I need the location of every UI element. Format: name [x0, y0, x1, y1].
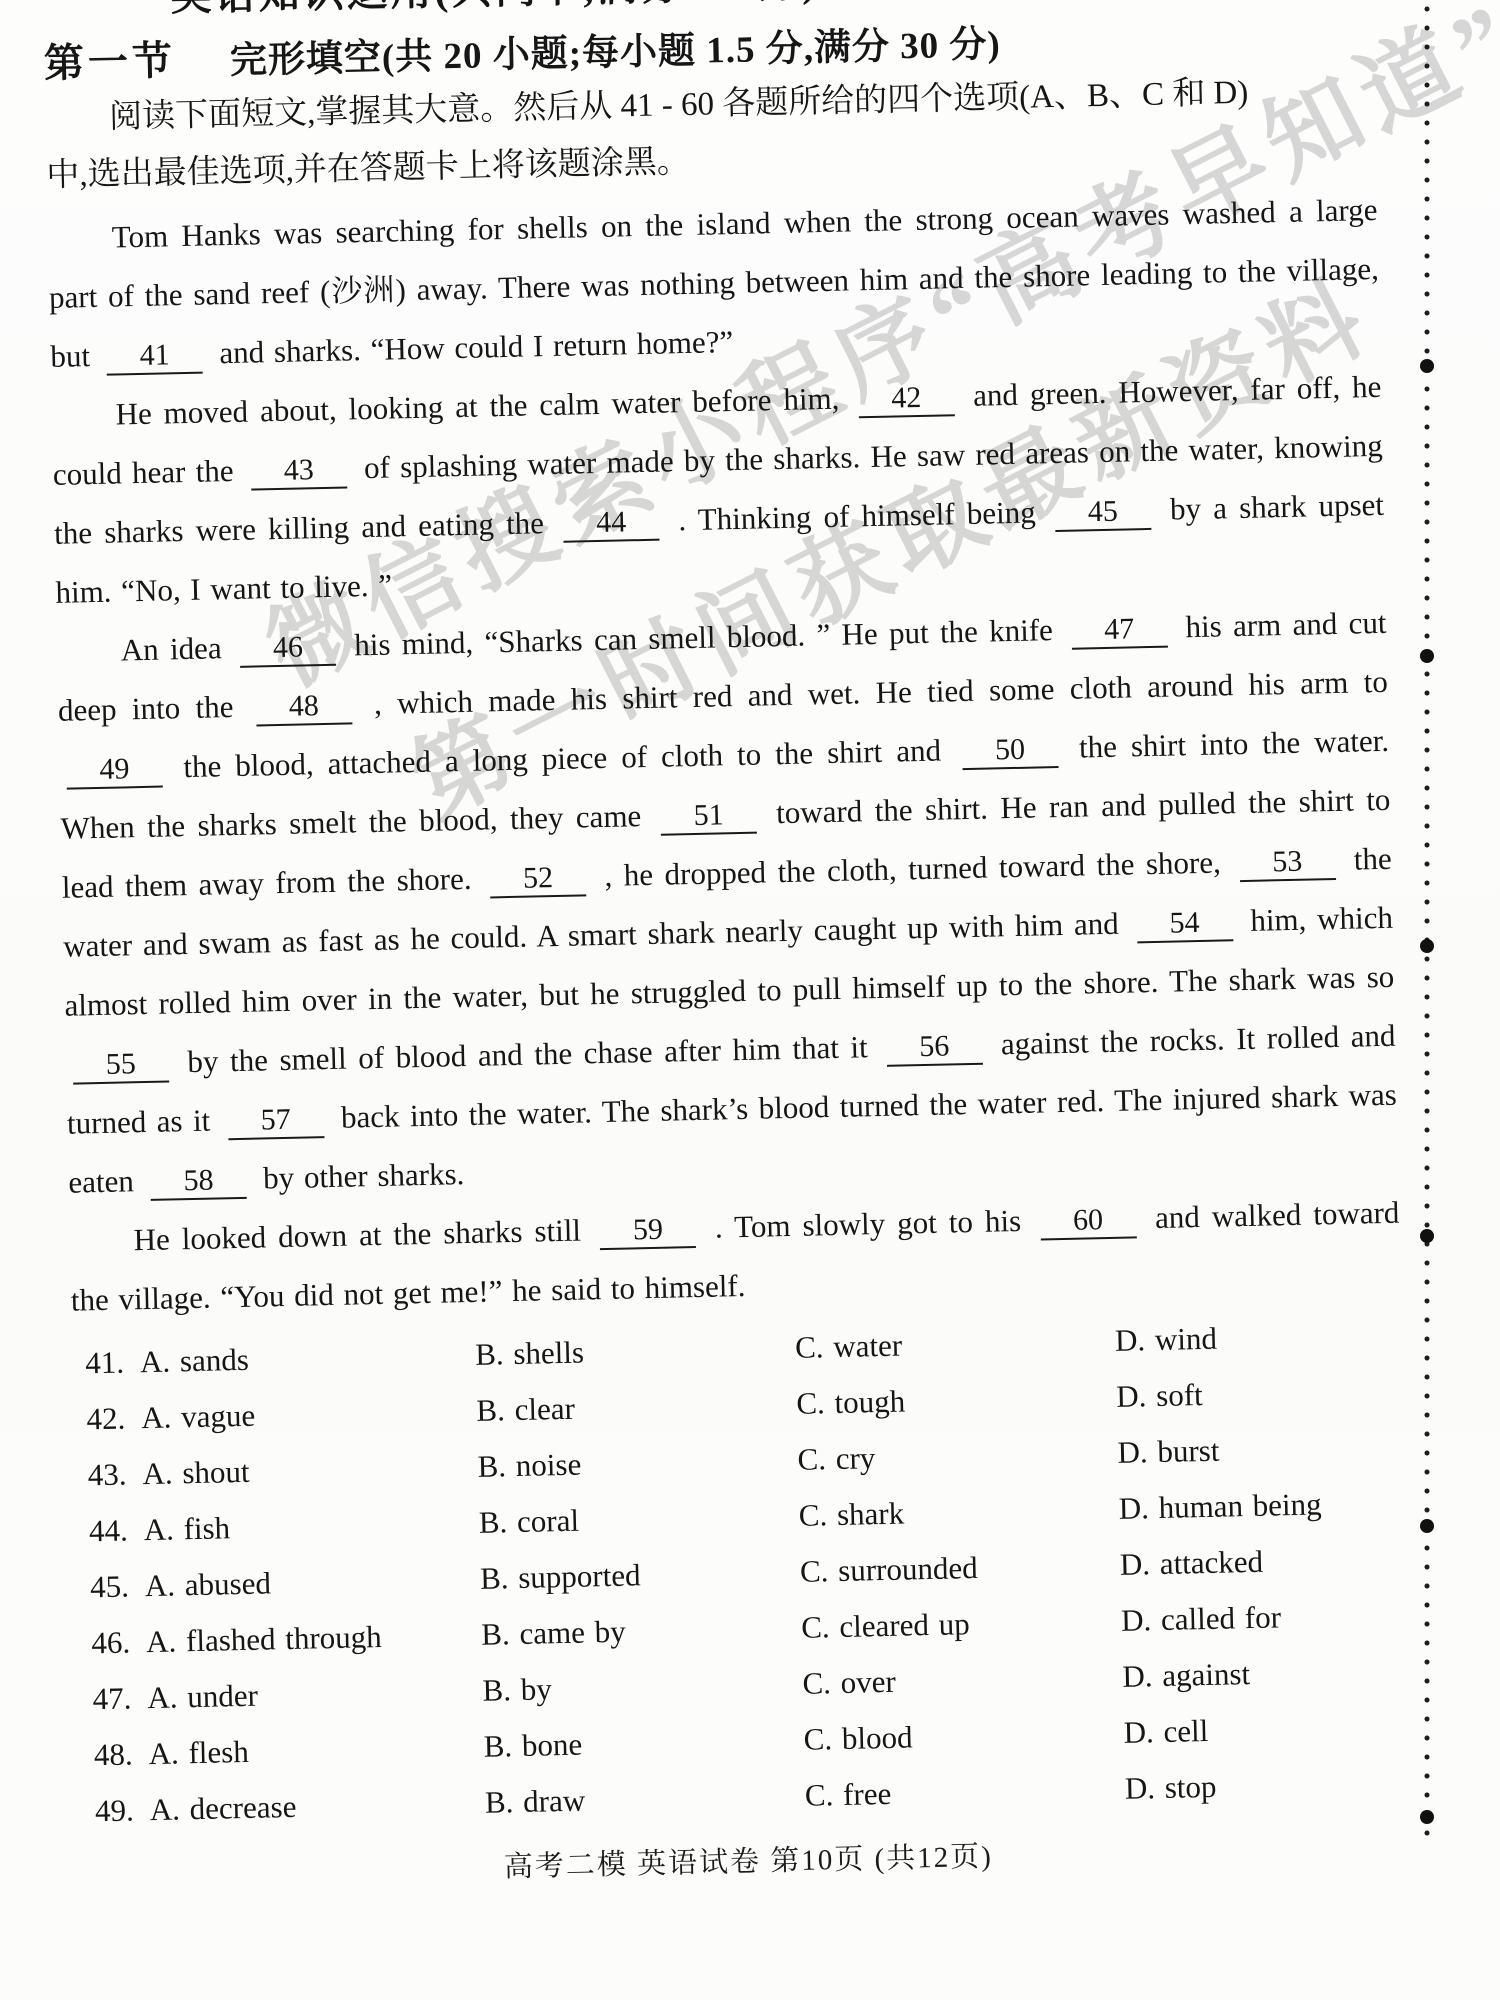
option-cell-d: D. against — [1122, 1653, 1410, 1695]
option-cell-a: 49.A. decrease — [95, 1785, 486, 1829]
cloze-blank-49: 49 — [66, 753, 163, 790]
passage-paragraph: Tom Hanks was searching for shells on th… — [47, 180, 1381, 386]
cloze-blank-52: 52 — [490, 861, 587, 898]
option-a-label: A. decrease — [149, 1789, 296, 1827]
passage-text: the blood, attached a long piece of clot… — [169, 732, 955, 784]
cloze-blank-42: 42 — [858, 381, 955, 418]
page-content: 英语知识运用(共两节,满分 45 分) 第一节 完形填空(共 20 小题;每小题… — [42, 0, 1414, 1895]
binding-dot — [1420, 939, 1434, 953]
binding-dot — [1420, 649, 1434, 663]
option-cell-d: D. attacked — [1120, 1541, 1408, 1583]
option-cell-d: D. stop — [1124, 1765, 1412, 1807]
section-label: 第一节 — [43, 29, 176, 89]
option-cell-c: C. water — [795, 1323, 1116, 1366]
cloze-blank-55: 55 — [72, 1047, 169, 1084]
cloze-blank-47: 47 — [1071, 613, 1168, 650]
cloze-blank-51: 51 — [660, 799, 757, 836]
passage-text: He looked down at the sharks still — [133, 1212, 593, 1257]
option-cell-a: 42.A. vague — [86, 1393, 477, 1437]
option-cell-a: 45.A. abused — [90, 1561, 481, 1605]
question-number: 49. — [95, 1792, 135, 1828]
option-cell-b: B. noise — [477, 1442, 798, 1485]
option-cell-a: 44.A. fish — [89, 1505, 480, 1549]
cloze-blank-53: 53 — [1239, 845, 1336, 882]
passage-text: his mind, “Sharks can smell blood. ” He … — [343, 612, 1065, 663]
options-list: 41.A. sandsB. shellsC. waterD. wind42.A.… — [85, 1317, 1413, 1850]
option-cell-b: B. coral — [478, 1498, 799, 1541]
question-number: 48. — [93, 1736, 133, 1772]
binding-dot — [1420, 1810, 1434, 1824]
option-cell-b: B. came by — [481, 1610, 802, 1653]
passage-text: , which made his shirt red and wet. He t… — [358, 664, 1388, 721]
cloze-blank-44: 44 — [563, 506, 660, 543]
option-cell-b: B. bone — [483, 1722, 804, 1765]
option-a-label: A. flashed through — [146, 1619, 382, 1659]
option-a-label: A. fish — [143, 1510, 230, 1547]
option-cell-d: D. human being — [1118, 1485, 1406, 1527]
option-cell-c: C. shark — [798, 1491, 1119, 1534]
option-cell-b: B. draw — [485, 1778, 806, 1821]
cloze-blank-46: 46 — [240, 631, 337, 668]
cloze-blank-60: 60 — [1040, 1203, 1137, 1240]
option-cell-b: B. shells — [475, 1330, 796, 1373]
question-number: 45. — [90, 1568, 130, 1604]
option-cell-c: C. surrounded — [800, 1547, 1121, 1590]
option-cell-b: B. supported — [480, 1554, 801, 1597]
option-cell-b: B. by — [482, 1666, 803, 1709]
cloze-blank-56: 56 — [886, 1030, 983, 1067]
binding-dot — [1420, 1519, 1434, 1533]
cloze-blank-57: 57 — [227, 1103, 324, 1140]
passage-text: by other sharks. — [253, 1156, 465, 1196]
passage-text: . Thinking of himself being — [666, 494, 1048, 537]
passage-text: and sharks. “How could I return home?” — [209, 324, 733, 370]
scanned-exam-page: 微信搜索小程序“高考早知道” 第一时间获取最新资料 英语知识运用(共两节,满分 … — [0, 0, 1500, 2000]
cloze-blank-41: 41 — [106, 339, 203, 376]
option-cell-a: 46.A. flashed through — [91, 1617, 482, 1661]
passage-text: , he dropped the cloth, turned toward th… — [593, 844, 1233, 893]
question-number: 42. — [86, 1401, 126, 1437]
option-a-label: A. abused — [145, 1565, 272, 1603]
cloze-blank-45: 45 — [1054, 495, 1151, 532]
option-cell-d: D. soft — [1116, 1373, 1404, 1415]
option-cell-d: D. wind — [1115, 1317, 1403, 1359]
cloze-blank-58: 58 — [150, 1164, 247, 1201]
option-a-label: A. under — [147, 1678, 258, 1715]
option-cell-c: C. blood — [803, 1715, 1124, 1758]
option-a-label: A. shout — [142, 1454, 250, 1491]
option-cell-c: C. free — [805, 1771, 1126, 1814]
passage-text: by the smell of blood and the chase afte… — [175, 1029, 879, 1079]
binding-dot — [1420, 1229, 1434, 1243]
option-cell-a: 41.A. sands — [85, 1337, 476, 1381]
passage-paragraph: He moved about, looking at the calm wate… — [51, 357, 1386, 622]
cloze-blank-54: 54 — [1136, 906, 1233, 943]
section-title: 完形填空(共 20 小题;每小题 1.5 分,满分 30 分) — [229, 13, 1001, 84]
option-cell-a: 48.A. flesh — [93, 1729, 484, 1773]
passage: Tom Hanks was searching for shells on th… — [47, 180, 1401, 1330]
question-number: 46. — [91, 1624, 131, 1660]
option-cell-c: C. tough — [796, 1379, 1117, 1422]
option-cell-d: D. cell — [1123, 1709, 1411, 1751]
question-number: 44. — [89, 1513, 129, 1549]
option-cell-c: C. cleared up — [801, 1603, 1122, 1646]
option-cell-d: D. burst — [1117, 1429, 1405, 1471]
passage-text: . Tom slowly got to his — [703, 1203, 1034, 1245]
question-number: 43. — [87, 1457, 127, 1493]
cloze-blank-59: 59 — [600, 1213, 697, 1250]
question-number: 47. — [92, 1680, 132, 1716]
binding-dot — [1420, 359, 1434, 373]
option-cell-a: 43.A. shout — [87, 1449, 478, 1493]
binding-dots — [1424, 6, 1430, 1836]
question-number: 41. — [85, 1345, 125, 1381]
passage-text: An idea — [120, 630, 233, 667]
option-cell-b: B. clear — [476, 1386, 797, 1429]
passage-text: He moved about, looking at the calm wate… — [115, 380, 851, 431]
cloze-blank-50: 50 — [962, 733, 1059, 770]
passage-paragraph: An idea 46 his mind, “Sharks can smell b… — [56, 593, 1399, 1212]
cloze-blank-48: 48 — [255, 689, 352, 726]
option-a-label: A. vague — [141, 1398, 256, 1435]
option-cell-c: C. over — [802, 1659, 1123, 1702]
cloze-blank-43: 43 — [250, 453, 347, 490]
option-a-label: A. sands — [140, 1342, 250, 1379]
option-a-label: A. flesh — [148, 1734, 249, 1771]
option-cell-a: 47.A. under — [92, 1673, 483, 1717]
option-cell-c: C. cry — [797, 1435, 1118, 1478]
option-cell-d: D. called for — [1121, 1597, 1409, 1639]
